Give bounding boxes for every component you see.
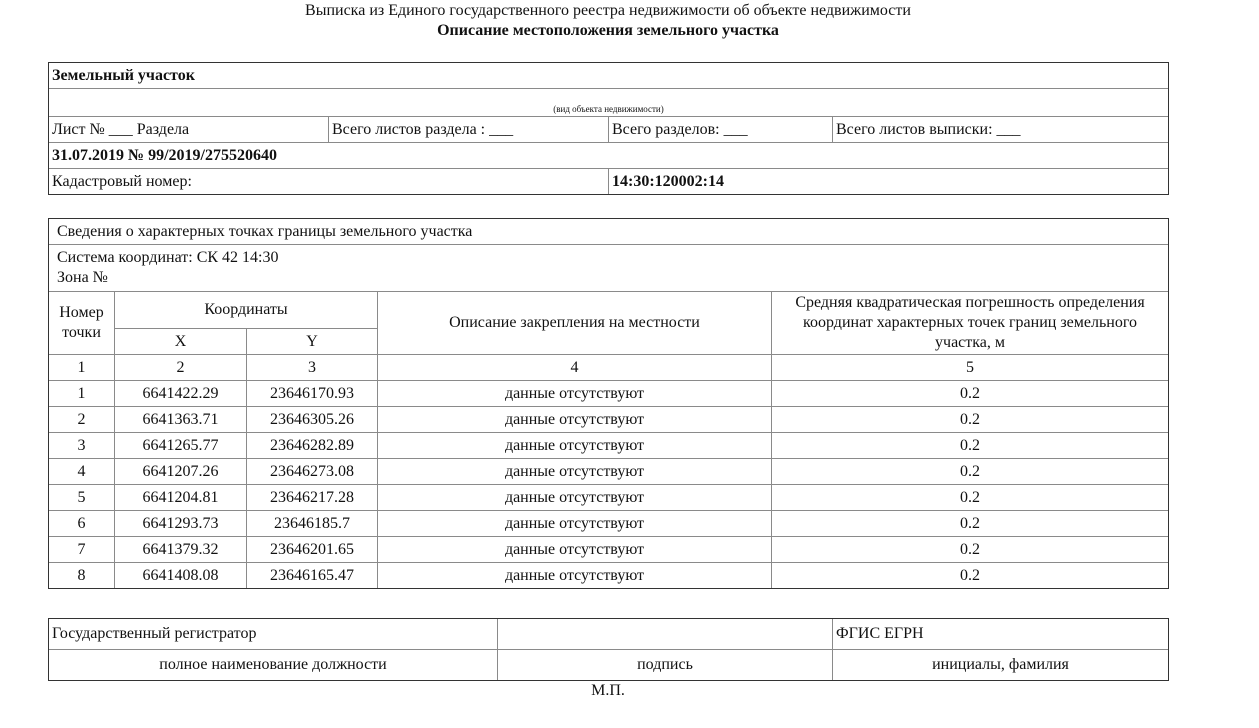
signature-field	[498, 619, 833, 650]
header-coordinates: Координаты	[115, 292, 378, 329]
point-number: 4	[49, 459, 115, 485]
point-x: 6641293.73	[115, 511, 247, 537]
point-error: 0.2	[772, 407, 1169, 433]
stamp-place: М.П.	[48, 682, 1168, 700]
point-error: 0.2	[772, 511, 1169, 537]
point-row: 56641204.8123646217.28данные отсутствуют…	[49, 485, 1169, 511]
point-x: 6641408.08	[115, 563, 247, 589]
point-row: 76641379.3223646201.65данные отсутствуют…	[49, 537, 1169, 563]
sheets-in-section: Всего листов раздела : ___	[329, 117, 609, 143]
object-info-table: Земельный участок (вид объекта недвижимо…	[48, 62, 1169, 195]
point-error: 0.2	[772, 563, 1169, 589]
point-description: данные отсутствуют	[378, 537, 772, 563]
point-x: 6641422.29	[115, 381, 247, 407]
point-number: 8	[49, 563, 115, 589]
point-error: 0.2	[772, 381, 1169, 407]
column-number: 2	[115, 355, 247, 381]
point-error: 0.2	[772, 433, 1169, 459]
header-x: X	[115, 329, 247, 355]
column-number: 4	[378, 355, 772, 381]
document-header: Выписка из Единого государственного реес…	[0, 1, 1216, 41]
point-y: 23646305.26	[247, 407, 378, 433]
document-title: Выписка из Единого государственного реес…	[0, 1, 1216, 21]
point-number: 3	[49, 433, 115, 459]
point-row: 16641422.2923646170.93данные отсутствуют…	[49, 381, 1169, 407]
point-y: 23646217.28	[247, 485, 378, 511]
header-error: Средняя квадратическая погрешность опред…	[772, 292, 1169, 355]
point-number: 5	[49, 485, 115, 511]
point-y: 23646201.65	[247, 537, 378, 563]
point-row: 86641408.0823646165.47данные отсутствуют…	[49, 563, 1169, 589]
document-subtitle: Описание местоположения земельного участ…	[0, 21, 1216, 41]
point-x: 6641207.26	[115, 459, 247, 485]
total-sections: Всего разделов: ___	[609, 117, 833, 143]
point-y: 23646273.08	[247, 459, 378, 485]
point-row: 36641265.7723646282.89данные отсутствуют…	[49, 433, 1169, 459]
point-x: 6641363.71	[115, 407, 247, 433]
point-description: данные отсутствуют	[378, 511, 772, 537]
point-y: 23646185.7	[247, 511, 378, 537]
header-point-number: Номер точки	[49, 292, 115, 355]
point-description: данные отсутствуют	[378, 485, 772, 511]
point-y: 23646282.89	[247, 433, 378, 459]
registrar-position: Государственный регистратор	[49, 619, 498, 650]
point-y: 23646170.93	[247, 381, 378, 407]
object-type-caption: (вид объекта недвижимости)	[49, 89, 1169, 117]
header-description: Описание закрепления на местности	[378, 292, 772, 355]
position-caption: полное наименование должности	[49, 650, 498, 681]
cadastral-label: Кадастровый номер:	[49, 169, 609, 195]
point-x: 6641265.77	[115, 433, 247, 459]
column-number: 3	[247, 355, 378, 381]
point-number: 1	[49, 381, 115, 407]
point-description: данные отсутствуют	[378, 563, 772, 589]
point-row: 26641363.7123646305.26данные отсутствуют…	[49, 407, 1169, 433]
point-error: 0.2	[772, 485, 1169, 511]
point-error: 0.2	[772, 537, 1169, 563]
date-number: 31.07.2019 № 99/2019/275520640	[49, 143, 1169, 169]
column-number-row: 1 2 3 4 5	[49, 355, 1169, 381]
header-y: Y	[247, 329, 378, 355]
coordinate-system-value: Система координат: СК 42 14:30	[57, 248, 1165, 268]
point-description: данные отсутствуют	[378, 459, 772, 485]
column-number: 1	[49, 355, 115, 381]
point-number: 6	[49, 511, 115, 537]
sheet-number: Лист № ___ Раздела	[49, 117, 329, 143]
point-y: 23646165.47	[247, 563, 378, 589]
column-number: 5	[772, 355, 1169, 381]
object-type: Земельный участок	[49, 63, 1169, 89]
point-row: 46641207.2623646273.08данные отсутствуют…	[49, 459, 1169, 485]
point-row: 66641293.7323646185.7данные отсутствуют0…	[49, 511, 1169, 537]
point-number: 7	[49, 537, 115, 563]
point-x: 6641204.81	[115, 485, 247, 511]
signature-caption: подпись	[498, 650, 833, 681]
point-number: 2	[49, 407, 115, 433]
point-error: 0.2	[772, 459, 1169, 485]
point-description: данные отсутствуют	[378, 407, 772, 433]
cadastral-number: 14:30:120002:14	[609, 169, 1169, 195]
point-x: 6641379.32	[115, 537, 247, 563]
point-description: данные отсутствуют	[378, 433, 772, 459]
signature-table: Государственный регистратор ФГИС ЕГРН по…	[48, 618, 1169, 681]
point-description: данные отсутствуют	[378, 381, 772, 407]
name-caption: инициалы, фамилия	[833, 650, 1169, 681]
boundary-points-table: Сведения о характерных точках границы зе…	[48, 218, 1169, 589]
section-title: Сведения о характерных точках границы зе…	[49, 219, 1169, 245]
coordinate-system: Система координат: СК 42 14:30 Зона №	[49, 245, 1169, 292]
registrar-name: ФГИС ЕГРН	[833, 619, 1169, 650]
total-sheets: Всего листов выписки: ___	[833, 117, 1169, 143]
zone-number: Зона №	[57, 268, 1165, 288]
